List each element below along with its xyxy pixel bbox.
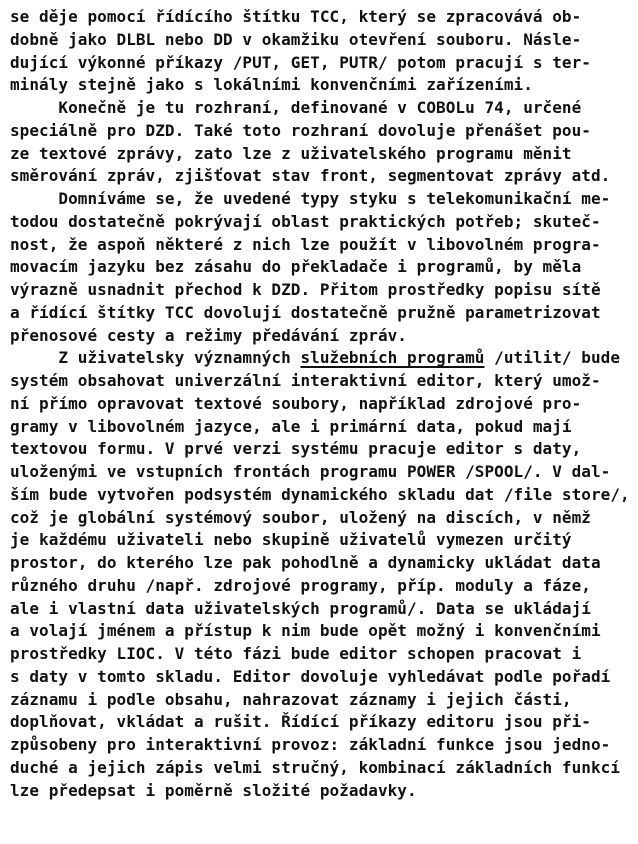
text-line: způsobeny pro interaktivní provoz: zákla… [10,734,635,757]
text-line: movacím jazyku bez zásahu do překladače … [10,256,635,279]
text-line: Z uživatelsky významných služebních prog… [10,347,635,370]
text-line: ším bude vytvořen podsystém dynamického … [10,484,635,507]
text-line: textovou formu. V prvé verzi systému pra… [10,438,635,461]
text-line: přenosové cesty a režimy předávání zpráv… [10,325,635,348]
text-line: je každému uživateli nebo skupině uživat… [10,529,635,552]
typewritten-page: se děje pomocí řídícího štítku TCC, kter… [10,6,635,802]
text-line: výrazně usnadnit přechod k DZD. Přitom p… [10,279,635,302]
underlined-term: služebních programů [300,348,484,367]
text-line: todou dostatečně pokrývají oblast prakti… [10,211,635,234]
text-segment: /utilit/ bude [484,348,620,367]
text-line: dobně jako DLBL nebo DD v okamžiku otevř… [10,29,635,52]
text-line: duché a jejich zápis velmi stručný, komb… [10,757,635,780]
text-line: dující výkonné příkazy /PUT, GET, PUTR/ … [10,52,635,75]
text-segment: Z uživatelsky významných [10,348,300,367]
text-line: prostor, do kterého lze pak pohodlně a d… [10,552,635,575]
text-line: a řídící štítky TCC dovolují dostatečně … [10,302,635,325]
text-line: systém obsahovat univerzální interaktivn… [10,370,635,393]
text-line: a volají jménem a přístup k nim bude opě… [10,620,635,643]
text-line: gramy v libovolném jazyce, ale i primárn… [10,416,635,439]
text-line: se děje pomocí řídícího štítku TCC, kter… [10,6,635,29]
text-line: prostředky LIOC. V této fázi bude editor… [10,643,635,666]
text-line: ale i vlastní data uživatelských program… [10,598,635,621]
text-line: nost, že aspoň některé z nich lze použít… [10,234,635,257]
text-line: různého druhu /např. zdrojové programy, … [10,575,635,598]
text-line: což je globální systémový soubor, uložen… [10,507,635,530]
text-line: záznamu i podle obsahu, nahrazovat zázna… [10,689,635,712]
text-line: ze textové zprávy, zato lze z uživatelsk… [10,143,635,166]
text-line: s daty v tomto skladu. Editor dovoluje v… [10,666,635,689]
text-line: uloženými ve vstupních frontách programu… [10,461,635,484]
text-line: speciálně pro DZD. Také toto rozhraní do… [10,120,635,143]
text-line: směrování zpráv, zjišťovat stav front, s… [10,165,635,188]
text-line: ní přímo opravovat textové soubory, např… [10,393,635,416]
text-line: Konečně je tu rozhraní, definované v COB… [10,97,635,120]
text-line: lze předepsat i poměrně složité požadavk… [10,780,635,803]
text-line: doplňovat, vkládat a rušit. Řídící příka… [10,711,635,734]
text-line: minály stejně jako s lokálními konvenční… [10,74,635,97]
text-line: Domníváme se, že uvedené typy styku s te… [10,188,635,211]
